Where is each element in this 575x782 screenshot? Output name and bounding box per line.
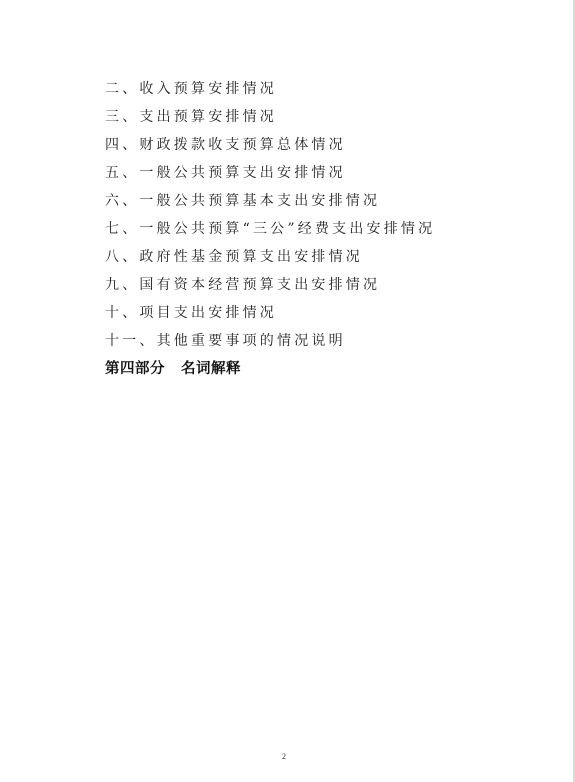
section-heading: 第四部分名词解释 (105, 359, 435, 387)
toc-item: 五、一般公共预算支出安排情况 (105, 163, 435, 191)
toc-item: 七、一般公共预算“三公”经费支出安排情况 (105, 219, 435, 247)
section-heading-title: 名词解释 (181, 361, 241, 377)
toc-item: 八、政府性基金预算支出安排情况 (105, 247, 435, 275)
toc-item: 三、支出预算安排情况 (105, 107, 435, 135)
toc-item: 二、收入预算安排情况 (105, 79, 435, 107)
toc-item: 九、国有资本经营预算支出安排情况 (105, 275, 435, 303)
toc-item: 四、财政拨款收支预算总体情况 (105, 135, 435, 163)
toc-item: 六、一般公共预算基本支出安排情况 (105, 191, 435, 219)
table-of-contents: 二、收入预算安排情况 三、支出预算安排情况 四、财政拨款收支预算总体情况 五、一… (105, 79, 435, 387)
toc-item: 十一、其他重要事项的情况说明 (105, 331, 435, 359)
document-page: 二、收入预算安排情况 三、支出预算安排情况 四、财政拨款收支预算总体情况 五、一… (0, 0, 573, 782)
toc-item: 十、项目支出安排情况 (105, 303, 435, 331)
section-heading-part: 第四部分 (105, 361, 165, 377)
page-number: 2 (282, 752, 286, 761)
